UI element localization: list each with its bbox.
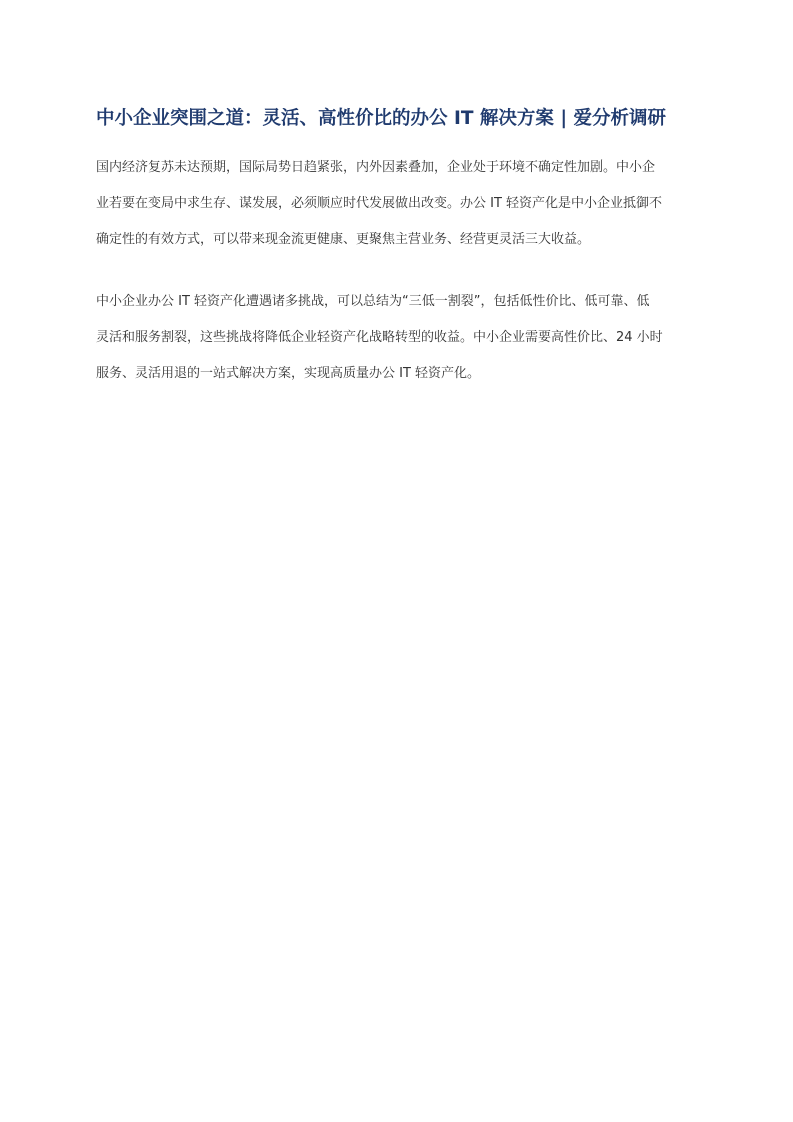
paragraph-1: 国内经济复苏未达预期，国际局势日趋紧张，内外因素叠加，企业处于环境不确定性加剧。…	[96, 150, 708, 258]
paragraph-2: 中小企业办公 IT 轻资产化遭遇诸多挑战，可以总结为“三低一割裂”，包括低性价比…	[96, 284, 708, 392]
paragraph-line: 服务、灵活用退的一站式解决方案，实现高质量办公 IT 轻资产化。	[96, 356, 708, 392]
paragraph-line: 国内经济复苏未达预期，国际局势日趋紧张，内外因素叠加，企业处于环境不确定性加剧。…	[96, 150, 708, 186]
paragraph-line: 确定性的有效方式，可以带来现金流更健康、更聚焦主营业务、经营更灵活三大收益。	[96, 222, 708, 258]
paragraph-line: 中小企业办公 IT 轻资产化遭遇诸多挑战，可以总结为“三低一割裂”，包括低性价比…	[96, 284, 708, 320]
paragraph-line: 灵活和服务割裂，这些挑战将降低企业轻资产化战略转型的收益。中小企业需要高性价比、…	[96, 320, 708, 356]
paragraph-line: 业若要在变局中求生存、谋发展，必须顺应时代发展做出改变。办公 IT 轻资产化是中…	[96, 186, 708, 222]
document-title: 中小企业突围之道：灵活、高性价比的办公 IT 解决方案 | 爱分析调研	[96, 106, 736, 132]
